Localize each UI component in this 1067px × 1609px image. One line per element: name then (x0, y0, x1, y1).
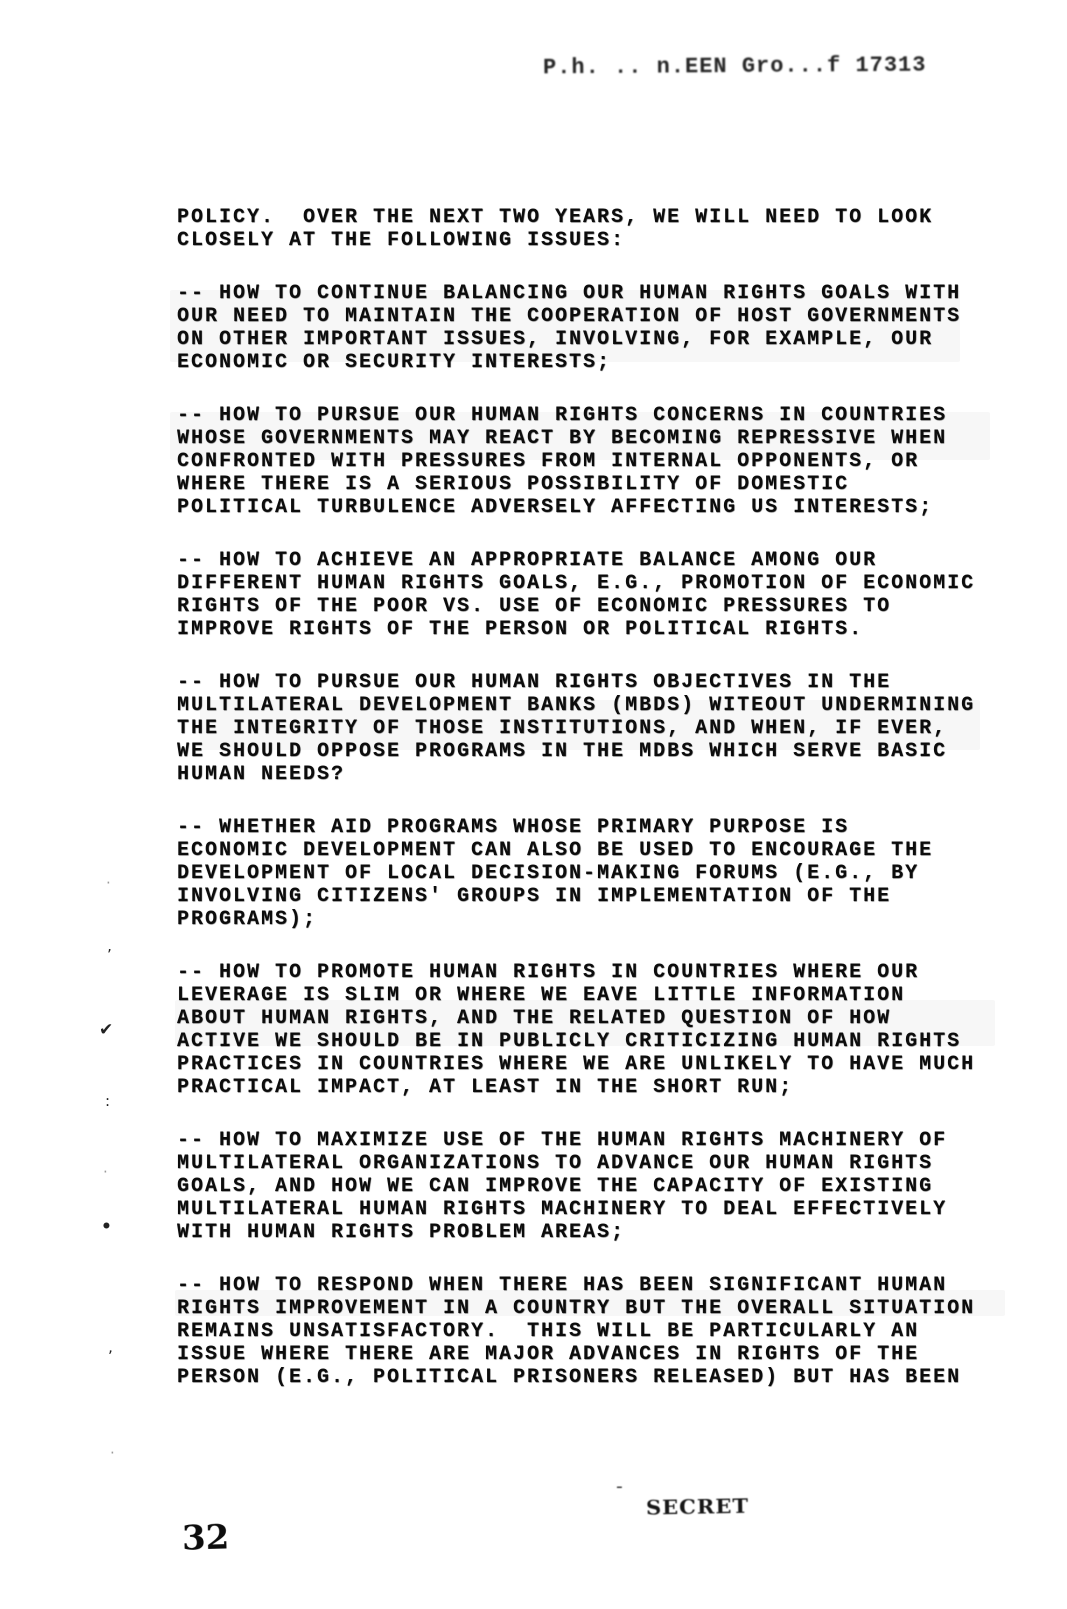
intro-paragraph: POLICY. OVER THE NEXT TWO YEARS, WE WILL… (177, 206, 997, 252)
bullet-paragraph-5: -- WHETHER AID PROGRAMS WHOSE PRIMARY PU… (177, 816, 997, 931)
margin-mark: • (101, 1219, 112, 1236)
margin-mark: ✔ (99, 1022, 113, 1039)
margin-mark: · (106, 876, 111, 891)
page-number: 32 (181, 1517, 229, 1558)
bullet-paragraph-1: -- HOW TO CONTINUE BALANCING OUR HUMAN R… (177, 282, 997, 374)
bullet-paragraph-3: -- HOW TO ACHIEVE AN APPROPRIATE BALANCE… (177, 549, 997, 641)
classification-stamp: SECRET (646, 1494, 749, 1520)
bullet-paragraph-4: -- HOW TO PURSUE OUR HUMAN RIGHTS OBJECT… (177, 671, 997, 786)
header-stamp: P.h. .. n.EEN Gro...f 17313 (543, 53, 927, 81)
bullet-paragraph-7: -- HOW TO MAXIMIZE USE OF THE HUMAN RIGH… (177, 1129, 997, 1244)
margin-mark: · (103, 1165, 108, 1180)
bullet-paragraph-2: -- HOW TO PURSUE OUR HUMAN RIGHTS CONCER… (177, 404, 997, 519)
footer-dash-mark: - (614, 1478, 625, 1498)
scanned-document-page: P.h. .. n.EEN Gro...f 17313 POLICY. OVER… (0, 0, 1067, 1609)
bullet-paragraph-8: -- HOW TO RESPOND WHEN THERE HAS BEEN SI… (177, 1274, 997, 1389)
margin-mark: ʼ (107, 948, 112, 963)
margin-mark: ‚ (108, 1340, 113, 1355)
margin-mark: · (110, 1446, 115, 1461)
margin-mark: : (105, 1094, 110, 1109)
bullet-paragraph-6: -- HOW TO PROMOTE HUMAN RIGHTS IN COUNTR… (177, 961, 997, 1099)
document-text: POLICY. OVER THE NEXT TWO YEARS, WE WILL… (177, 206, 997, 1419)
